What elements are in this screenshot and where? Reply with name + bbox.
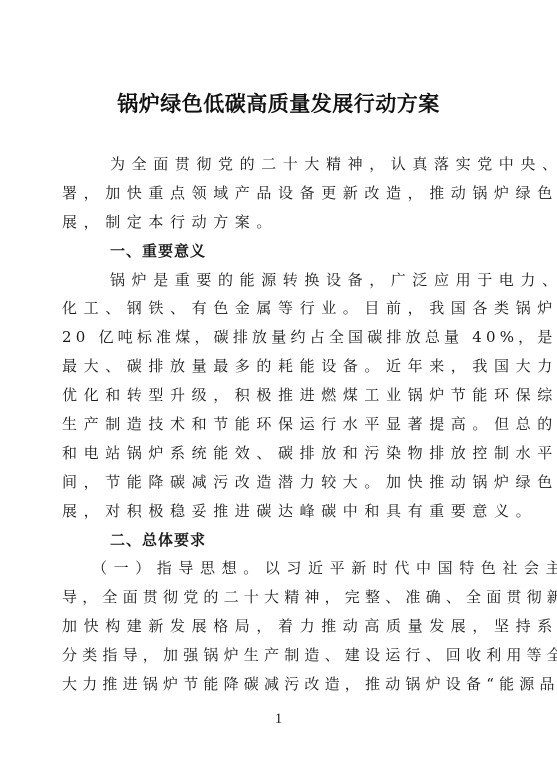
document-page: 锅炉绿色低碳高质量发展行动方案 为全面贯彻党的二十大精神，认真落实党中央、国务院… (0, 0, 557, 782)
paragraph-line: 为全面贯彻党的二十大精神，认真落实党中央、国务院决策部 (62, 150, 496, 179)
paragraph-line: 和电站锅炉系统能效、碳排放和污染物排放控制水平仍有提升空 (62, 439, 496, 468)
document-body: 为全面贯彻党的二十大精神，认真落实党中央、国务院决策部 署，加快重点领域产品设备… (62, 150, 496, 699)
paragraph-line: 展，对积极稳妥推进碳达峰碳中和具有重要意义。 (62, 497, 496, 526)
paragraph-line: 最大、碳排放量最多的耗能设备。近年来，我国大力实施煤电结构 (62, 352, 496, 381)
paragraph-line: 大力推进锅炉节能降碳减污改造，推动锅炉设备“能源品种多元化、 (62, 670, 496, 699)
paragraph-line: 锅炉是重要的能源转换设备，广泛应用于电力、供热、石化、 (62, 266, 496, 295)
paragraph-line: 生产制造技术和节能环保运行水平显著提高。但总的看，部分工业 (62, 410, 496, 439)
section-heading: 二、总体要求 (62, 526, 496, 555)
paragraph-line: （一）指导思想。以习近平新时代中国特色社会主义思想为指 (62, 554, 496, 583)
paragraph-line: 化工、钢铁、有色金属等行业。目前，我国各类锅炉年消耗能源约 (62, 294, 496, 323)
paragraph-line: 分类指导，加强锅炉生产制造、建设运行、回收利用等全链条管理， (62, 641, 496, 670)
section-heading: 一、重要意义 (62, 237, 496, 266)
document-title: 锅炉绿色低碳高质量发展行动方案 (0, 88, 557, 118)
paragraph-line: 导，全面贯彻党的二十大精神，完整、准确、全面贯彻新发展理念， (62, 583, 496, 612)
paragraph-line: 间，节能降碳减污改造潜力较大。加快推动锅炉绿色低碳高质量发 (62, 468, 496, 497)
page-number: 1 (0, 711, 557, 728)
paragraph-line: 展，制定本行动方案。 (62, 208, 496, 237)
paragraph-line: 优化和转型升级，积极推进燃煤工业锅炉节能环保综合提升，锅炉 (62, 381, 496, 410)
paragraph-line: 20 亿吨标准煤，碳排放量约占全国碳排放总量 40%，是我国能耗量 (62, 323, 496, 352)
paragraph-line: 加快构建新发展格局，着力推动高质量发展，坚持系统观念，强化 (62, 612, 496, 641)
paragraph-line: 署，加快重点领域产品设备更新改造，推动锅炉绿色低碳高质量发 (62, 179, 496, 208)
